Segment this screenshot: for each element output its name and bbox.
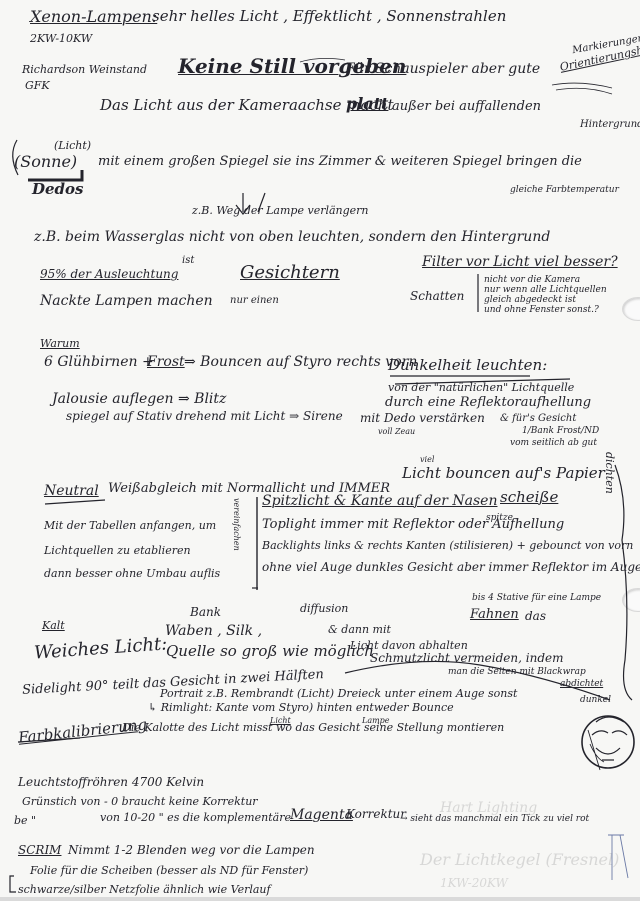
notes-page: Hart Lighting Der Lichtkegel (Fresnel) 1… [0,0,640,901]
text-spiegel-stativ: spiegel auf Stativ drehend mit Licht ⇒ S… [66,410,343,422]
ink-strokes [0,0,640,901]
text-dunkelheit: Dunkelheit leuchten: [388,358,547,373]
text-gesichtern: Gesichtern [240,264,340,282]
text-voll-zeau: voll Zeau [378,428,415,436]
text-filter-note: und ohne Fenster sonst.? [484,306,599,315]
text-rimlight: ↳ Rimlight: Kante vom Styro) hinten entw… [148,702,454,713]
text-licht-bouncen: Licht bouncen auf's Papier [402,466,605,481]
text-bank: Bank [190,606,221,618]
text-fahnen: Fahnen [470,608,519,621]
text-scheisse: scheiße [500,490,558,505]
text-licht-davon: Licht davon abhalten [350,640,468,651]
text-xenon-power: 2KW-10KW [30,33,92,44]
text-dedos: Dedos [32,182,84,197]
text-xenon-desc: sehr helles Licht , Effektlicht , Sonnen… [152,9,506,24]
text-ausser: außer bei auffallenden [392,100,541,113]
text-dedo-verstaerken: mit Dedo verstärken [360,412,485,424]
text-scrim-desc: Nimmt 1-2 Blenden weg vor die Lampen [68,844,315,856]
text-netzfolie: schwarze/silber Netzfolie ähnlich wie Ve… [18,884,271,895]
text-ohne-auge: ohne viel Auge dunkles Gesicht aber imme… [262,561,640,573]
text-frost: Frost [147,355,185,369]
text-dunkel: dunkel [580,696,611,705]
text-95-prozent: 95% der Ausleuchtung [40,268,178,280]
text-ist: ist [182,256,194,266]
text-bis-stative: bis 4 Stative für eine Lampe [472,594,601,603]
text-viel: viel [420,456,434,464]
text-gruenstich: Grünstich von - 0 braucht keine Korrektu… [22,796,258,807]
text-reflektor: durch eine Reflektoraufhellung [385,396,591,409]
text-warum: Warum [40,338,80,349]
text-gluehbirnen: 6 Glühbirnen + [44,355,154,369]
text-abdichtet: abdichtet [560,680,603,689]
text-waben: Waben , Silk , [165,624,262,638]
text-seitlich: vom seitlich ab gut [510,439,597,448]
page-edge [0,897,640,901]
heading-scrim: SCRIM [18,844,61,856]
text-quelle: Quelle so groß wie möglich [166,644,374,659]
text-fuers-gesicht: & für's Gesicht [500,414,576,424]
text-magenta: Magenta [290,808,353,822]
text-farbtemperatur: gleiche Farbtemperatur [510,186,619,195]
text-wasserglas: z.B. beim Wasserglas nicht von oben leuc… [34,230,550,244]
text-jalousie: Jalousie auflegen ⇒ Blitz [52,392,226,406]
text-korrektur: Korrektur [346,808,406,820]
text-gfk: GFK [25,80,50,91]
text-schmutzlicht: Schmutzlicht vermeiden, indem [370,652,564,664]
text-toplight: Toplight immer mit Reflektor oder Aufhel… [262,518,564,531]
text-sonne: (Sonne) [14,154,77,170]
text-spiegel: mit einem großen Spiegel sie ins Zimmer … [98,155,582,168]
text-schauspieler: Für Schauspieler aber gute [345,62,540,76]
text-filter-note: gleich abgedeckt ist [484,296,576,305]
text-dann-mit: & dann mit [328,624,391,635]
text-tabellen: Mit der Tabellen anfangen, um [44,520,216,531]
text-richardson: Richardson Weinstand [22,64,147,75]
text-weg-lampe: z.B. Weg der Lampe verlängern [192,205,369,216]
text-licht-paren: (Licht) [54,140,91,151]
text-bouncen-styro: ⇒ Bouncen auf Styro rechts vorn [184,355,417,369]
text-sieht: → sieht das manchmal ein Tick zu viel ro… [400,815,589,824]
text-gruenstich-2: von 10-20 " es die komplementäre [100,812,291,823]
text-vertical-note: vereinfachen [232,498,240,551]
text-das: das [525,610,546,622]
text-schatten: Schatten [410,290,464,302]
text-be-mark: be " [14,815,36,826]
text-nackte-lampen: Nackte Lampen machen [40,294,213,308]
text-platt: platt [346,96,388,112]
text-neutral: Neutral [44,484,99,498]
text-spitzlicht: Spitzlicht & Kante auf der Nasen [262,494,497,508]
text-natuerlich: von der "natürlichen" Lichtquelle [388,382,574,393]
text-nur-einen: nur einen [230,296,279,306]
text-backlight: Backlights links & rechts Kanten (stilis… [262,540,633,551]
heading-xenon: Xenon-Lampen: [30,9,157,25]
text-kalt: Kalt [42,620,65,631]
text-portrait: Portrait z.B. Rembrandt (Licht) Dreieck … [160,688,517,699]
text-tabellen: Lichtquellen zu etablieren [44,545,191,556]
text-hintergrund: Hintergrund [580,120,640,130]
text-leuchtstoff: Leuchtstoffröhren 4700 Kelvin [18,776,204,788]
text-bank-frost: 1/Bank Frost/ND [522,427,599,436]
text-diffusion: diffusion [300,603,348,614]
text-filter: Filter vor Licht viel besser? [422,255,618,269]
text-kalotte: Die Kalotte des Licht misst wo das Gesic… [122,722,504,733]
text-filter-note: nicht vor die Kamera [484,276,580,285]
text-tabellen: dann besser ohne Umbau auflis [44,568,220,579]
text-blackwrap: man die Seiten mit Blackwrap [448,668,586,677]
text-dichten: dichten [604,452,615,494]
text-folie: Folie für die Scheiben (besser als ND fü… [30,865,308,876]
text-filter-note: nur wenn alle Lichtquellen [484,286,607,295]
